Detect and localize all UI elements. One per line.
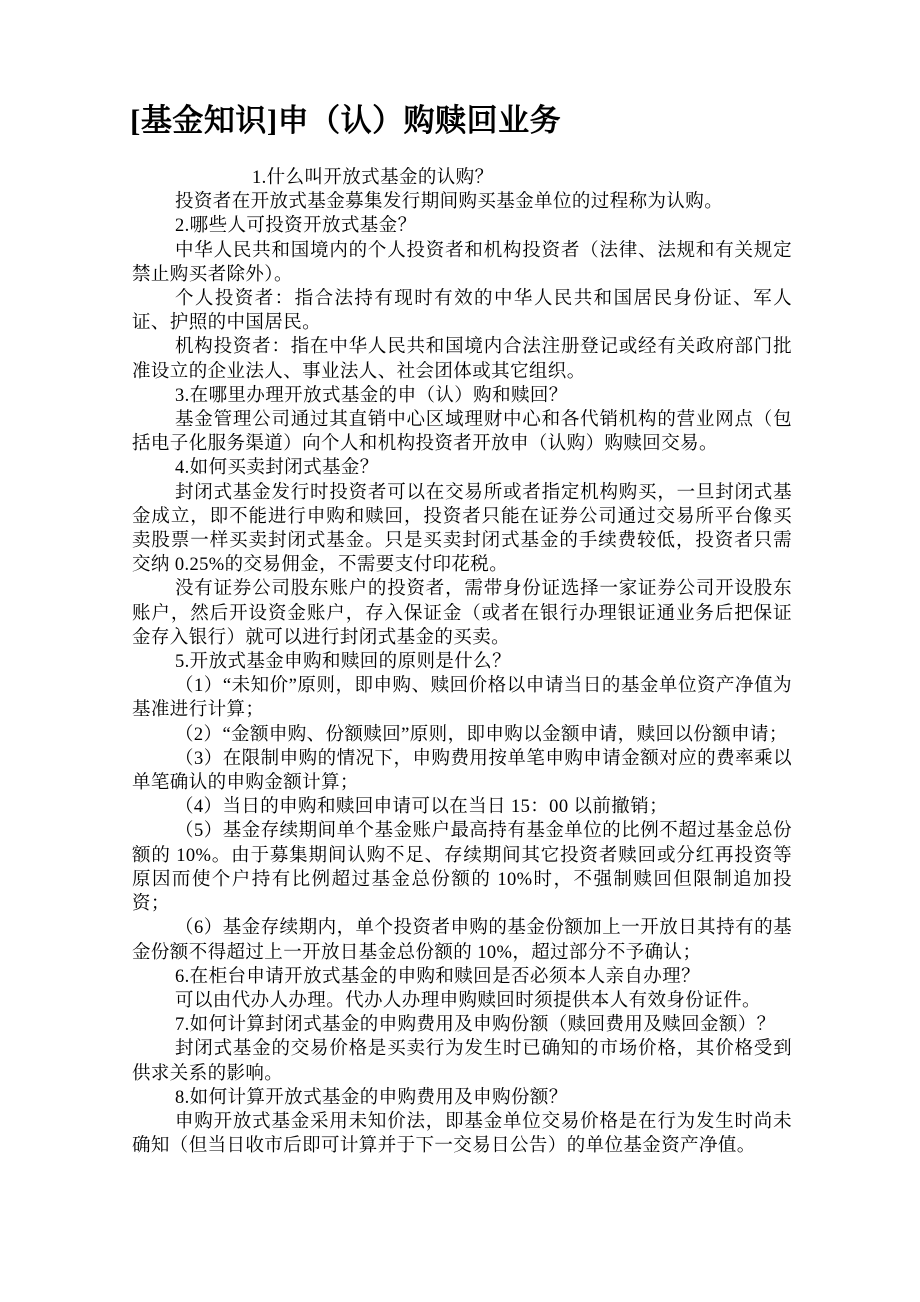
paragraph: 中华人民共和国境内的个人投资者和机构投资者（法律、法规和有关规定禁止购买者除外）…: [132, 239, 792, 287]
paragraph: 8.如何计算开放式基金的申购费用及申购份额？: [132, 1086, 792, 1110]
document-title: [基金知识]申（认）购赎回业务: [130, 98, 561, 144]
document-page: [基金知识]申（认）购赎回业务 1.什么叫开放式基金的认购？投资者在开放式基金募…: [0, 0, 920, 1302]
paragraph: （4）当日的申购和赎回申请可以在当日 15：00 以前撤销；: [132, 795, 792, 819]
paragraph: 个人投资者：指合法持有现时有效的中华人民共和国居民身份证、军人证、护照的中国居民…: [132, 287, 792, 335]
document-body: 1.什么叫开放式基金的认购？投资者在开放式基金募集发行期间购买基金单位的过程称为…: [132, 166, 792, 1158]
paragraph: 7.如何计算封闭式基金的申购费用及申购份额（赎回费用及赎回金额）？: [132, 1013, 792, 1037]
paragraph: （3）在限制申购的情况下，申购费用按单笔申购申请金额对应的费率乘以单笔确认的申购…: [132, 747, 792, 795]
paragraph: （5）基金存续期间单个基金账户最高持有基金单位的比例不超过基金总份额的 10%。…: [132, 819, 792, 916]
paragraph: 没有证券公司股东账户的投资者，需带身份证选择一家证券公司开设股东账户，然后开设资…: [132, 577, 792, 650]
paragraph: 1.什么叫开放式基金的认购？: [132, 166, 792, 190]
paragraph: 机构投资者：指在中华人民共和国境内合法注册登记或经有关政府部门批准设立的企业法人…: [132, 335, 792, 383]
paragraph: （1）“未知价”原则，即申购、赎回价格以申请当日的基金单位资产净值为基准进行计算…: [132, 674, 792, 722]
paragraph: 3.在哪里办理开放式基金的申（认）购和赎回？: [132, 384, 792, 408]
paragraph: 6.在柜台申请开放式基金的申购和赎回是否必须本人亲自办理？: [132, 965, 792, 989]
paragraph: （2）“金额申购、份额赎回”原则，即申购以金额申请，赎回以份额申请；: [132, 723, 792, 747]
paragraph: 投资者在开放式基金募集发行期间购买基金单位的过程称为认购。: [132, 190, 792, 214]
paragraph: 2.哪些人可投资开放式基金？: [132, 214, 792, 238]
paragraph: 基金管理公司通过其直销中心区域理财中心和各代销机构的营业网点（包括电子化服务渠道…: [132, 408, 792, 456]
paragraph: 可以由代办人办理。代办人办理申购赎回时须提供本人有效身份证件。: [132, 989, 792, 1013]
paragraph: 5.开放式基金申购和赎回的原则是什么？: [132, 650, 792, 674]
paragraph: （6）基金存续期内，单个投资者申购的基金份额加上一开放日其持有的基金份额不得超过…: [132, 916, 792, 964]
paragraph: 4.如何买卖封闭式基金？: [132, 456, 792, 480]
paragraph: 封闭式基金的交易价格是买卖行为发生时已确知的市场价格，其价格受到供求关系的影响。: [132, 1037, 792, 1085]
paragraph: 申购开放式基金采用未知价法，即基金单位交易价格是在行为发生时尚未确知（但当日收市…: [132, 1110, 792, 1158]
paragraph: 封闭式基金发行时投资者可以在交易所或者指定机构购买，一旦封闭式基金成立，即不能进…: [132, 481, 792, 578]
